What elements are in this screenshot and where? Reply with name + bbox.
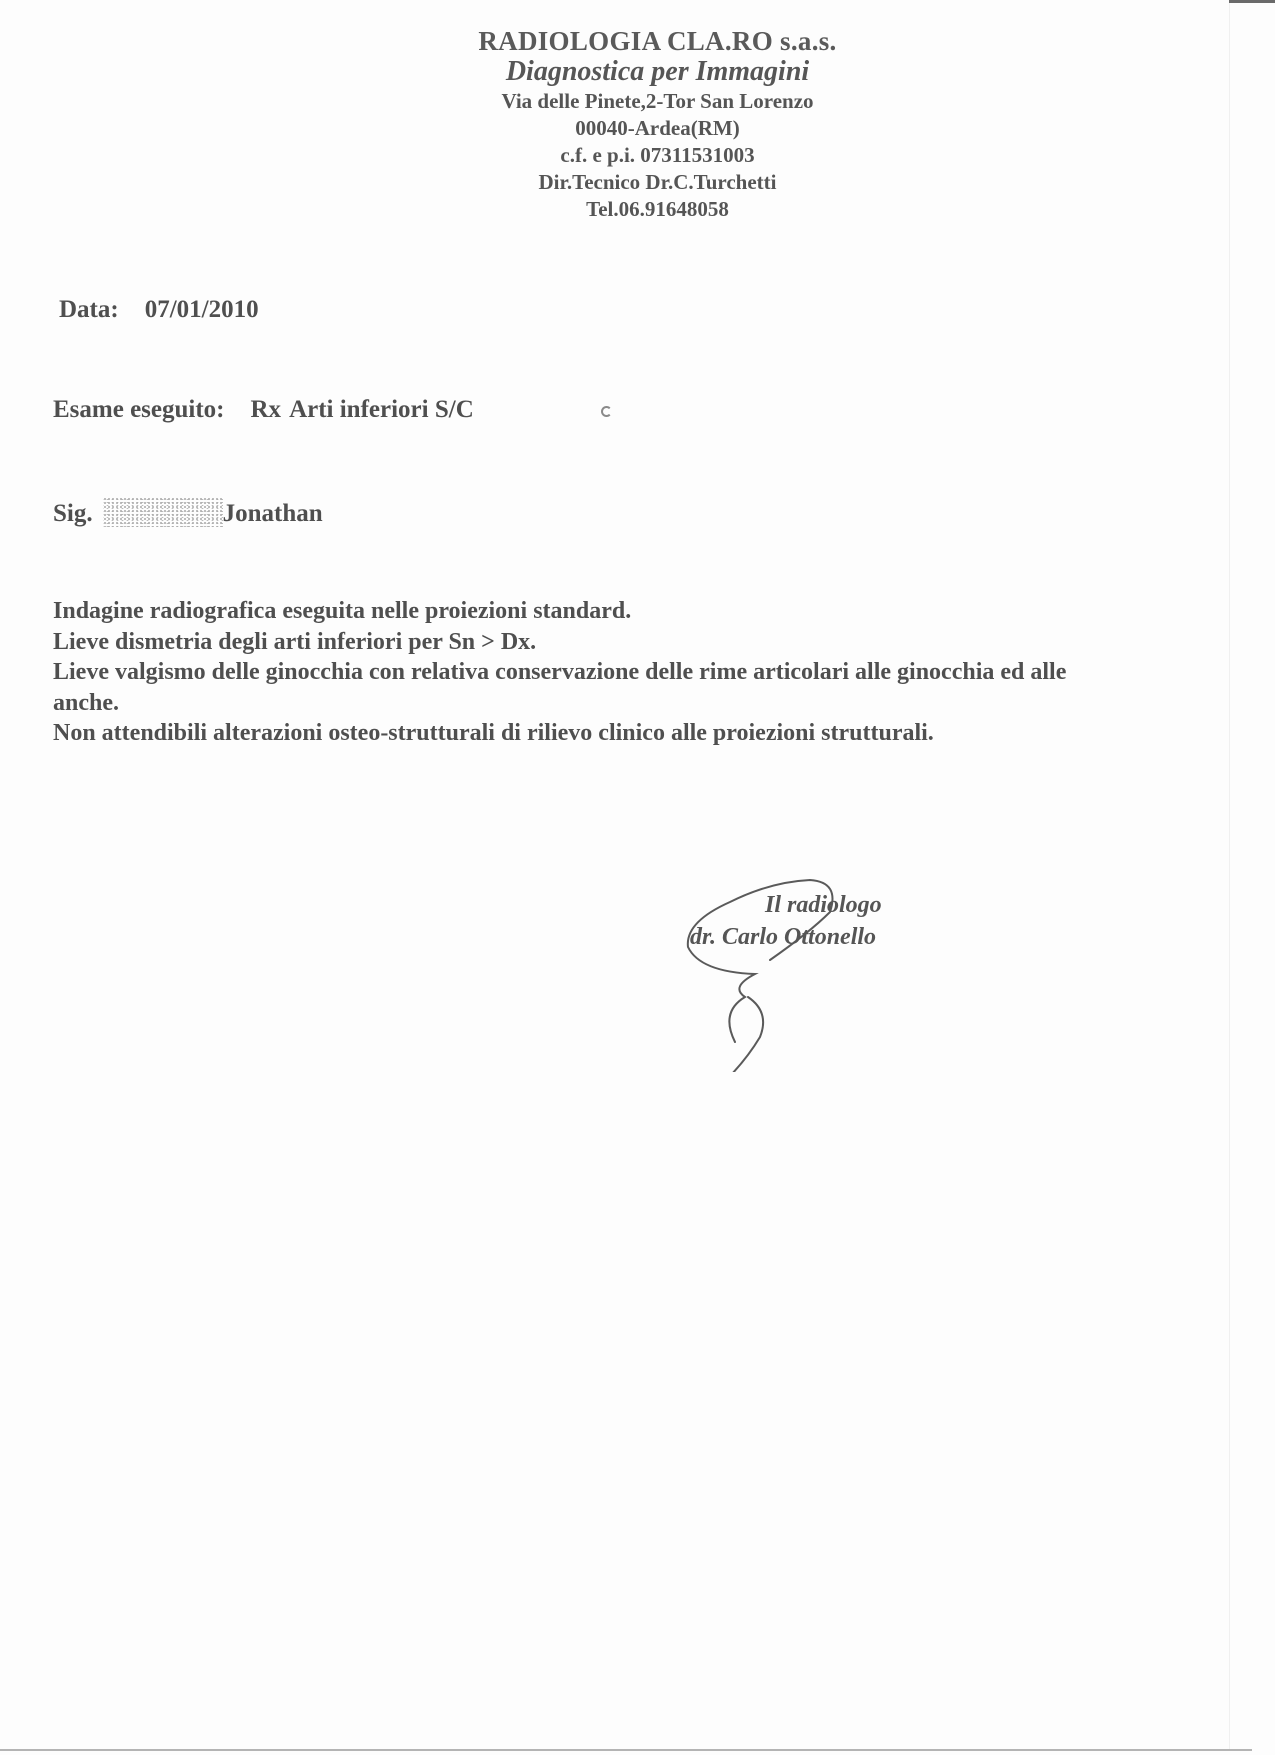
scan-speck-mark — [601, 406, 612, 417]
redacted-surname — [103, 497, 223, 527]
signature-block: Il radiologo dr. Carlo Ottonello — [690, 892, 950, 1072]
date-label: Data: — [59, 296, 119, 323]
finding-line: Indagine radiografica eseguita nelle pro… — [53, 596, 1203, 627]
scanner-edge-bottom — [0, 1749, 1252, 1751]
finding-line: Lieve dismetria degli arti inferiori per… — [53, 627, 1203, 658]
letterhead: RADIOLOGIA CLA.RO s.a.s. Diagnostica per… — [0, 26, 1275, 223]
address-line-2: 00040-Ardea(RM) — [40, 115, 1275, 142]
scanner-edge-top-right — [1229, 0, 1275, 3]
patient-first-name: Jonathan — [223, 500, 323, 527]
finding-line: Non attendibili alterazioni osteo-strutt… — [53, 718, 1203, 749]
report-date: Data:07/01/2010 — [59, 296, 259, 324]
patient-name: Sig.Jonathan — [53, 497, 323, 528]
company-name: RADIOLOGIA CLA.RO s.a.s. — [40, 26, 1275, 56]
scanner-edge-right — [1229, 3, 1230, 1749]
exam-label: Esame eseguito: — [53, 396, 225, 423]
signature-name: dr. Carlo Ottonello — [690, 924, 876, 951]
exam-performed: Esame eseguito:RxArti inferiori S/C — [53, 396, 474, 424]
finding-line: Lieve valgismo delle ginocchia con relat… — [53, 657, 1093, 718]
technical-director: Dir.Tecnico Dr.C.Turchetti — [40, 169, 1275, 196]
findings-text: Indagine radiografica eseguita nelle pro… — [53, 596, 1203, 749]
tax-id: c.f. e p.i. 07311531003 — [40, 142, 1275, 169]
scanned-document-page: RADIOLOGIA CLA.RO s.a.s. Diagnostica per… — [0, 0, 1275, 1755]
exam-prefix: Rx — [251, 396, 282, 423]
address-line-1: Via delle Pinete,2-Tor San Lorenzo — [40, 88, 1275, 115]
phone-number: Tel.06.91648058 — [40, 196, 1275, 223]
date-value: 07/01/2010 — [145, 296, 259, 323]
exam-value: Arti inferiori S/C — [289, 396, 474, 423]
patient-label: Sig. — [53, 500, 93, 527]
company-subtitle: Diagnostica per Immagini — [40, 56, 1275, 88]
signature-title: Il radiologo — [765, 892, 882, 919]
